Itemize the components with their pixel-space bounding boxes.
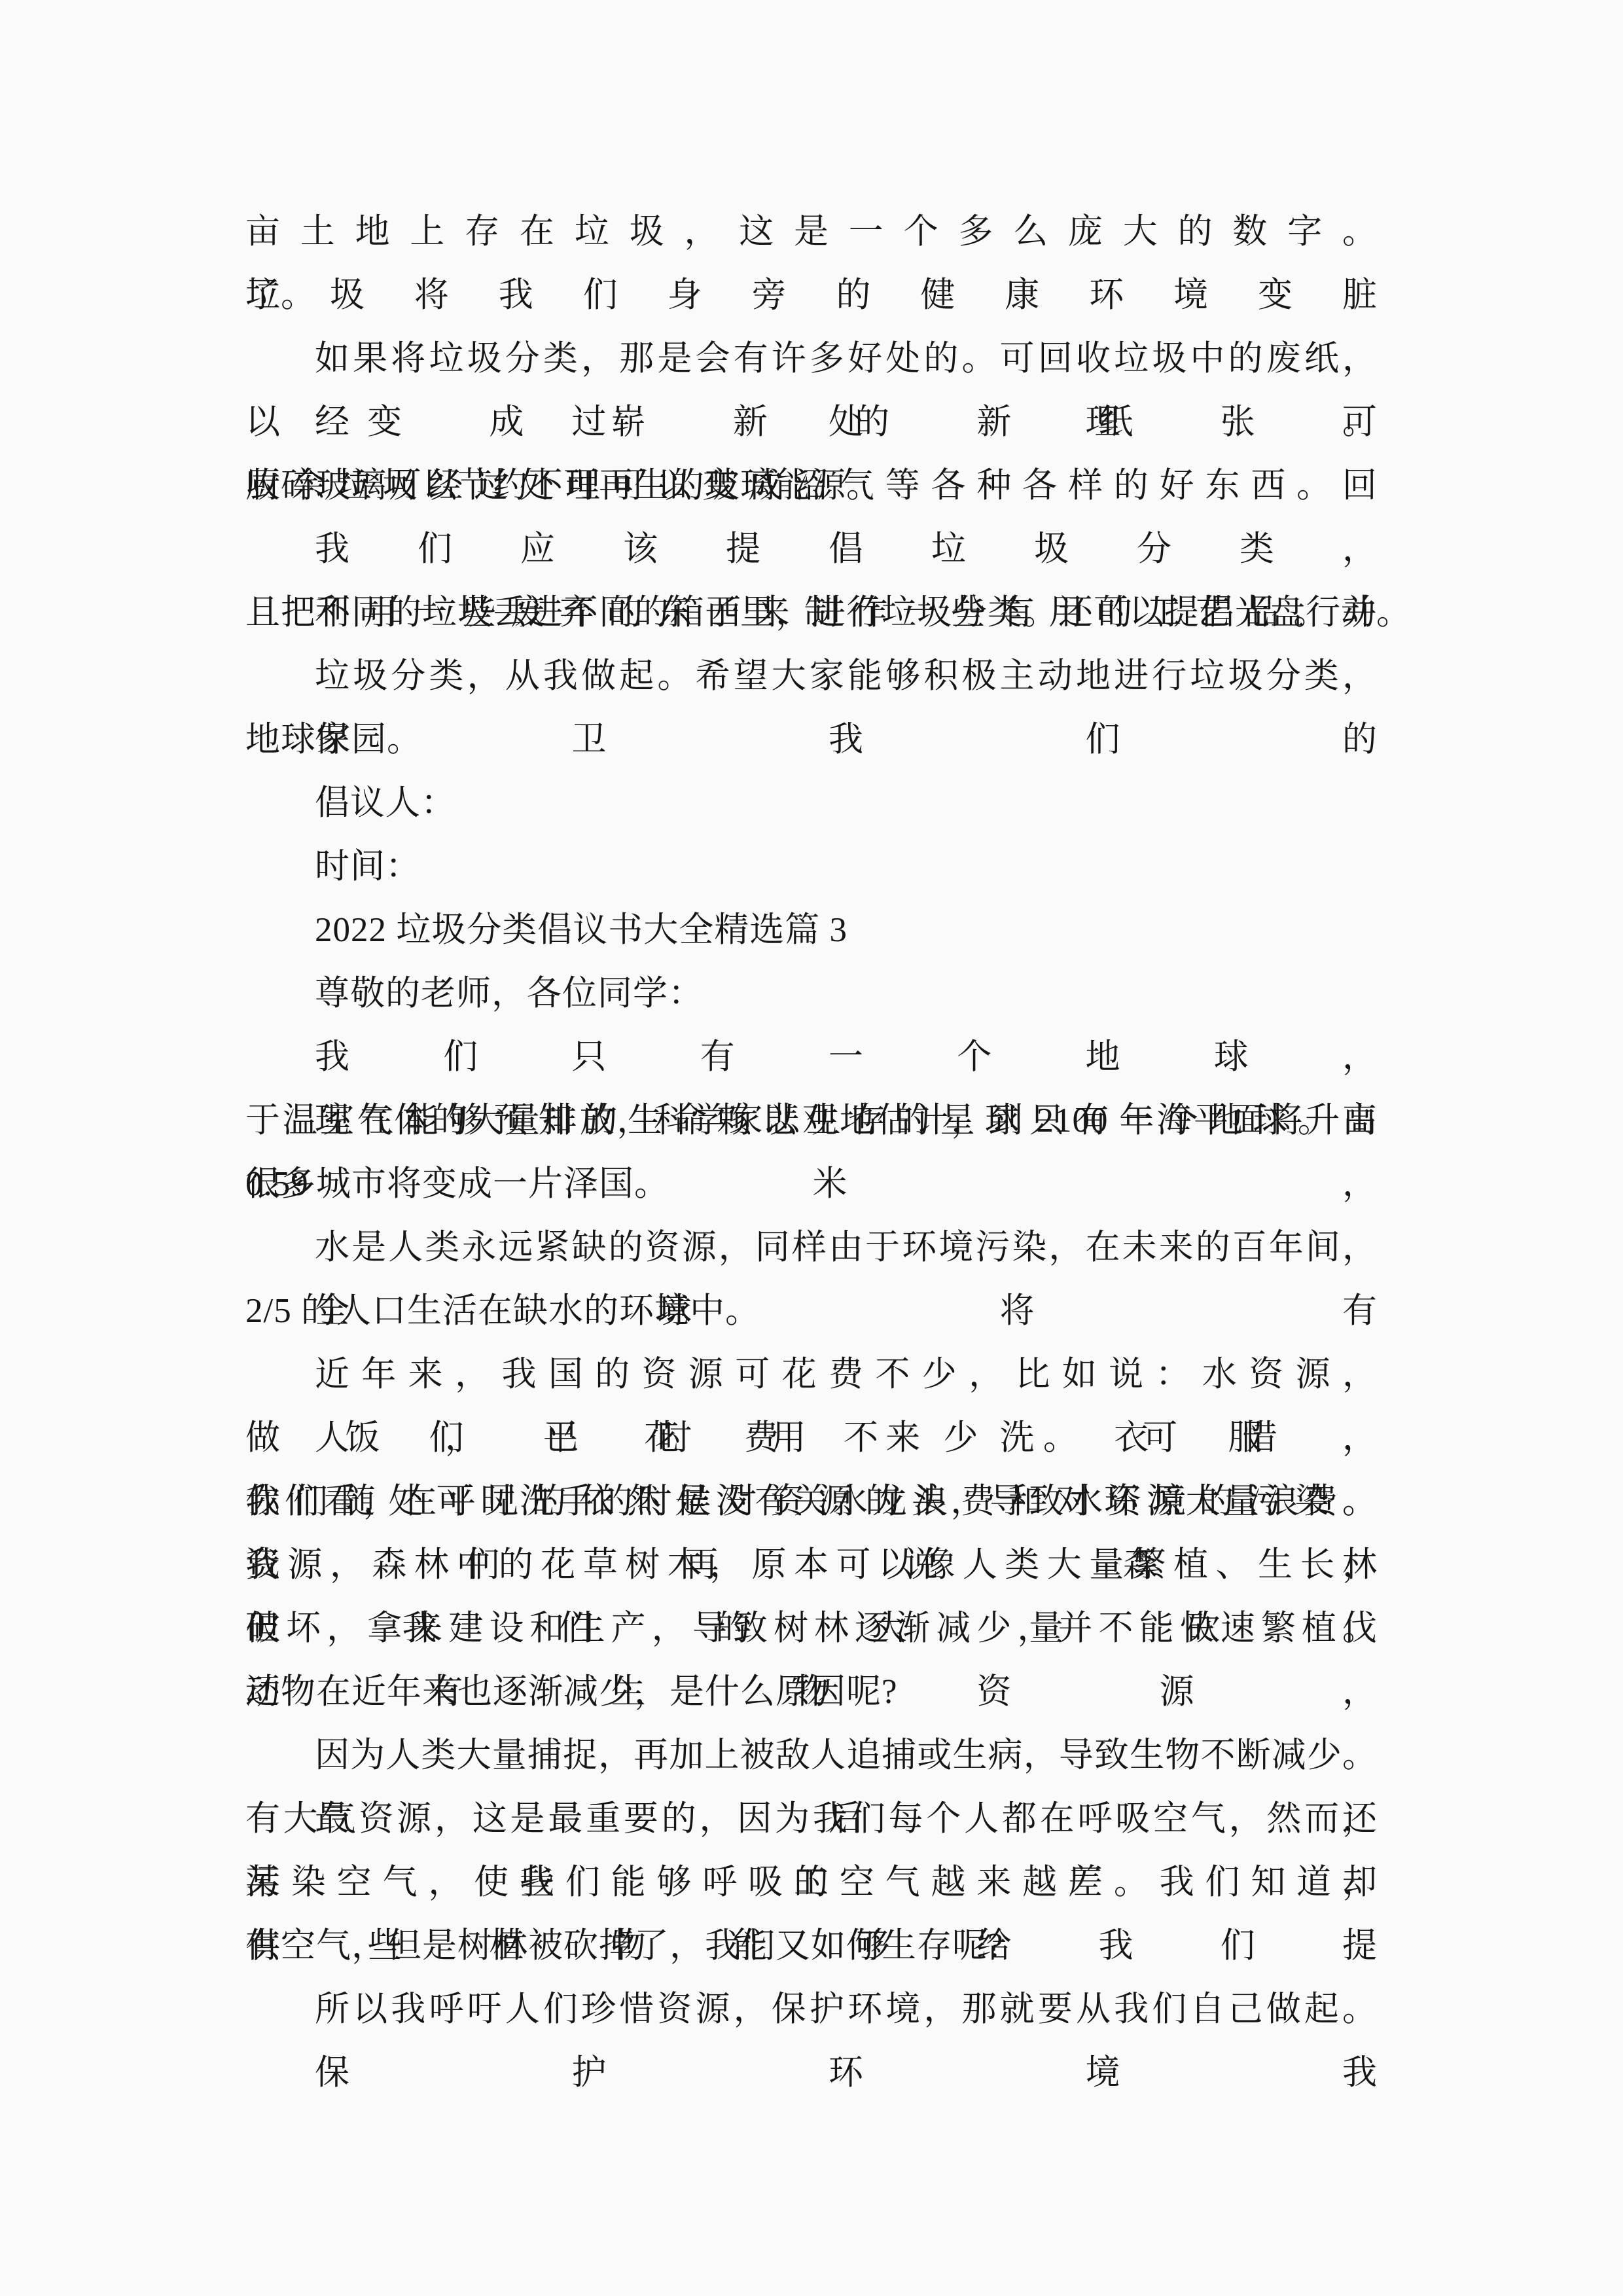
- document-line: 如果将垃圾分类，那是会有许多好处的。可回收垃圾中的废纸，经过处理可: [245, 327, 1378, 391]
- document-line: 因为人类大量捕捉，再加上被敌人追捕或生病，导致生物不断减少。最后还: [245, 1724, 1378, 1787]
- document-line: 于温室气体的大量排放，科学家悲观地估计，到 2100 年海平面将升高 0.59 …: [245, 1089, 1378, 1153]
- document-line: 资源，森林中的花草树木，原本可以像人类大量繁植、生长，但我们的大量砍伐: [245, 1534, 1378, 1597]
- document-line: 有大气资源，这是最重要的，因为我们每个人都在呼吸空气，然而，某些工厂却: [245, 1787, 1378, 1851]
- document-line: 2022 垃圾分类倡议书大全精选篇 3: [245, 899, 1378, 962]
- document-line: 水是人类永远紧缺的资源，同样由于环境污染，在未来的百年间，全球将有: [245, 1216, 1378, 1280]
- document-line: 我们应该提倡垃圾分类，利用一些废弃的东西来制作一些有用的工艺品。并: [245, 518, 1378, 581]
- document-page: 亩土地上存在垃圾，这是一个多么庞大的数字。垃圾将我们身旁的健康环境变脏了。如果将…: [0, 0, 1623, 2296]
- document-line: 亩土地上存在垃圾，这是一个多么庞大的数字。垃圾将我们身旁的健康环境变脏: [245, 200, 1378, 264]
- document-line: 所以我呼吁人们珍惜资源，保护环境，那就要从我们自己做起。保护环境我: [245, 1978, 1378, 2041]
- document-line: 污染空气，使我们能够呼吸的空气越来越差。我们知道，有些植物能够给我们提: [245, 1851, 1378, 1914]
- document-line: 破坏，拿来建设和生产，导致树林逐渐减少，并不能快速繁植。还有生物资源，: [245, 1597, 1378, 1660]
- document-line: 垃圾分类，从我做起。希望大家能够积极主动地进行垃圾分类，保卫我们的: [245, 645, 1378, 708]
- document-line: 倡议人：: [245, 772, 1378, 835]
- document-body: 亩土地上存在垃圾，这是一个多么庞大的数字。垃圾将我们身旁的健康环境变脏了。如果将…: [245, 200, 1378, 2041]
- document-line: 且把不同的垃圾丢进不同的箱子里，进行垃圾分类。还可以提倡光盘行动。: [245, 581, 1378, 645]
- document-line: 你们看，在平时洗手的时候没有关水龙头，导致水资源大量浪费。我们再说森林: [245, 1470, 1378, 1534]
- document-line: 近年来，我国的资源可花费不少，比如说：水资源，人们平时用来洗衣服，: [245, 1343, 1378, 1407]
- document-line: 做饭，已花费不少。可惜，我们随处可见的依然是对资源的浪费和对环境的污染。: [245, 1407, 1378, 1470]
- document-line: 尊敬的老师，各位同学：: [245, 962, 1378, 1026]
- document-line: 时间：: [245, 835, 1378, 899]
- document-line: 以变成崭新的新纸张。厨余垃圾经过处理可以变成沼气等各种各样的好东西。回: [245, 391, 1378, 454]
- document-line: 我们只有一个地球，现在能够预知的生命赖以生存的星球只有一个地球。由: [245, 1026, 1378, 1089]
